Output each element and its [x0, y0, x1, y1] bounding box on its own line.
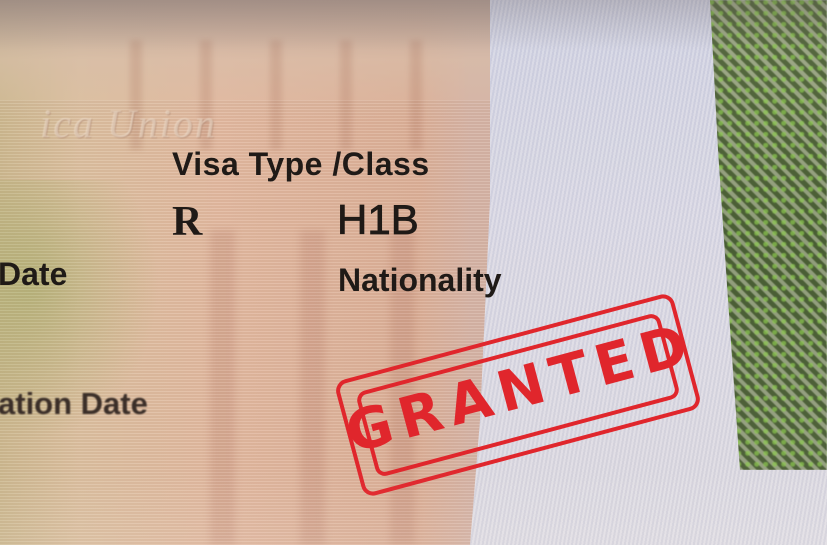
visa-type-label: Visa Type /Class [172, 146, 430, 183]
expiration-date-label: ation Date [0, 386, 148, 422]
visa-class-value: H1B [337, 196, 419, 244]
issue-date-label: Date [0, 256, 67, 293]
visa-photo: ica Union Visa Type /Class R H1B Date Na… [0, 0, 827, 545]
watermark-text: ica Union [40, 100, 217, 147]
nationality-label: Nationality [338, 262, 502, 299]
issuing-post-value: R [172, 198, 202, 246]
